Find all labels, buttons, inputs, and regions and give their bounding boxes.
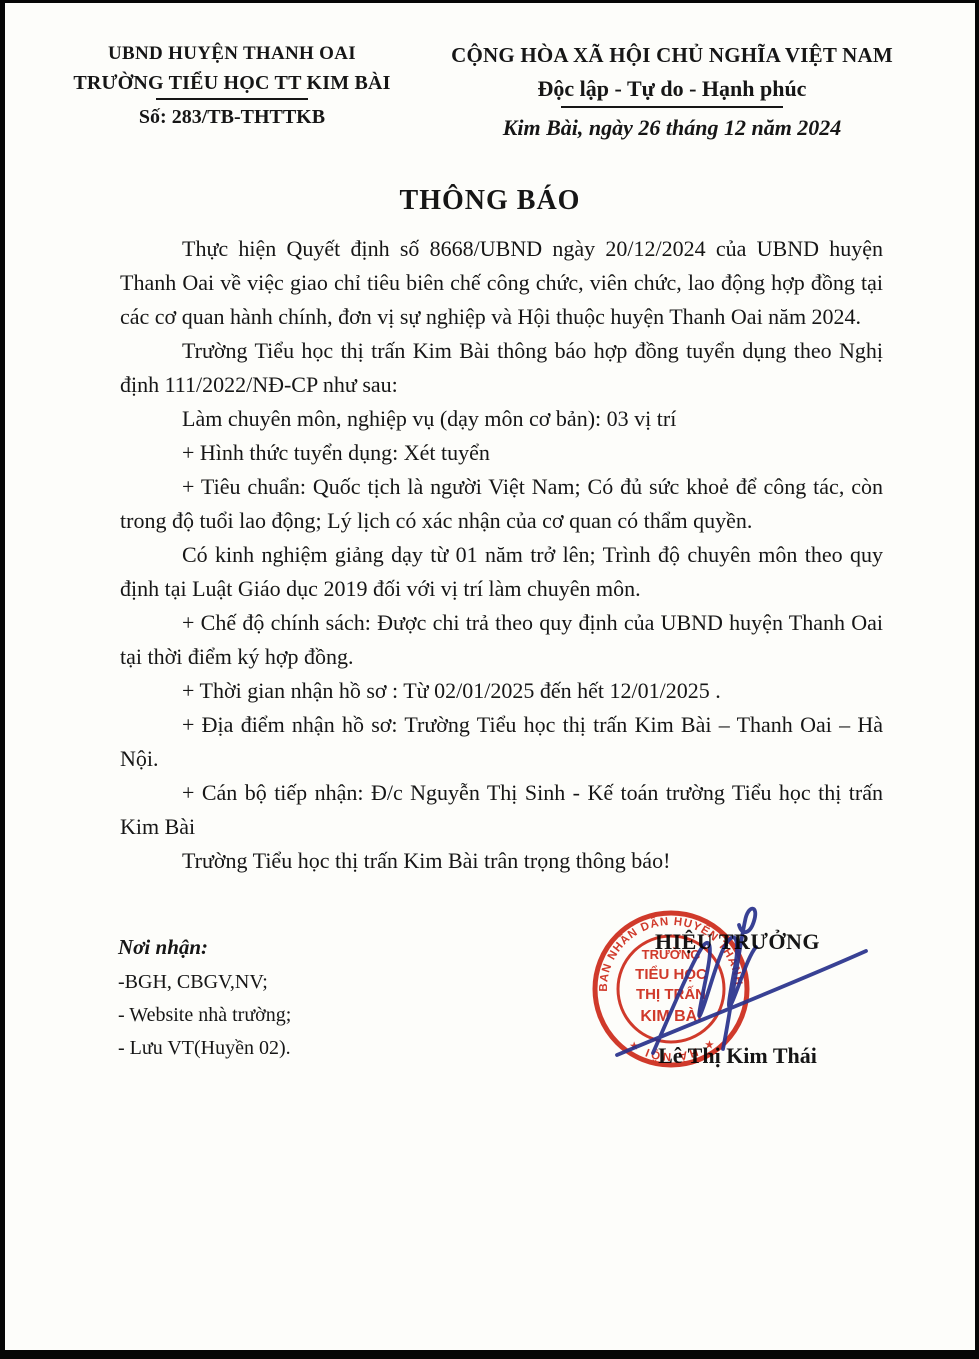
- place-date: Kim Bài, ngày 26 tháng 12 năm 2024: [407, 115, 937, 141]
- body-paragraph: + Địa điểm nhận hồ sơ: Trường Tiểu học t…: [120, 708, 883, 776]
- document-title: THÔNG BÁO: [5, 185, 975, 217]
- document-number: Số: 283/TB-THTTKB: [57, 106, 407, 129]
- body-paragraph: Có kinh nghiệm giảng dạy từ 01 năm trở l…: [120, 538, 883, 606]
- national-motto-block: CỘNG HÒA XÃ HỘI CHỦ NGHĨA VIỆT NAM Độc l…: [407, 43, 937, 141]
- recipient-item: -BGH, CBGV,NV;: [118, 966, 291, 999]
- country-title: CỘNG HÒA XÃ HỘI CHỦ NGHĨA VIỆT NAM: [407, 43, 937, 68]
- document-footer: Nơi nhận: -BGH, CBGV,NV;- Website nhà tr…: [5, 921, 975, 1261]
- recipients-list: -BGH, CBGV,NV;- Website nhà trường;- Lưu…: [118, 966, 291, 1065]
- signature-block: HIỆU TRƯỞNG Lê Thị Kim Thái: [595, 929, 880, 1069]
- body-paragraph: + Thời gian nhận hồ sơ : Từ 02/01/2025 đ…: [120, 674, 883, 708]
- signer-name: Lê Thị Kim Thái: [595, 1043, 880, 1069]
- body-paragraph: + Hình thức tuyển dụng: Xét tuyển: [120, 436, 883, 470]
- signer-role: HIỆU TRƯỞNG: [595, 929, 880, 955]
- recipients-block: Nơi nhận: -BGH, CBGV,NV;- Website nhà tr…: [118, 931, 291, 1065]
- document-header: UBND HUYỆN THANH OAI TRƯỜNG TIỂU HỌC TT …: [57, 43, 937, 141]
- body-paragraph: + Cán bộ tiếp nhận: Đ/c Nguyễn Thị Sinh …: [120, 776, 883, 844]
- document-number-label: Số:: [139, 106, 167, 128]
- recipients-label: Nơi nhận:: [118, 931, 291, 964]
- body-paragraph: Trường Tiểu học thị trấn Kim Bài thông b…: [120, 334, 883, 402]
- document-number-value: 283/TB-THTTKB: [172, 106, 325, 128]
- motto-underline: [561, 106, 783, 108]
- school-name-underline: [156, 98, 308, 100]
- body-paragraph: Thực hiện Quyết định số 8668/UBND ngày 2…: [120, 232, 883, 334]
- issuing-authority-block: UBND HUYỆN THANH OAI TRƯỜNG TIỂU HỌC TT …: [57, 43, 407, 141]
- document-page: UBND HUYỆN THANH OAI TRƯỜNG TIỂU HỌC TT …: [0, 0, 979, 1359]
- body-paragraph: + Chế độ chính sách: Được chi trả theo q…: [120, 606, 883, 674]
- recipient-item: - Website nhà trường;: [118, 999, 291, 1032]
- body-paragraph: + Tiêu chuẩn: Quốc tịch là người Việt Na…: [120, 470, 883, 538]
- body-paragraph: Làm chuyên môn, nghiệp vụ (dạy môn cơ bả…: [120, 402, 883, 436]
- motto: Độc lập - Tự do - Hạnh phúc: [407, 76, 937, 102]
- document-body: Thực hiện Quyết định số 8668/UBND ngày 2…: [120, 232, 883, 878]
- recipient-item: - Lưu VT(Huyền 02).: [118, 1032, 291, 1065]
- school-name: TRƯỜNG TIỂU HỌC TT KIM BÀI: [57, 72, 407, 95]
- authority-name: UBND HUYỆN THANH OAI: [57, 43, 407, 65]
- body-paragraph: Trường Tiểu học thị trấn Kim Bài trân tr…: [120, 844, 883, 878]
